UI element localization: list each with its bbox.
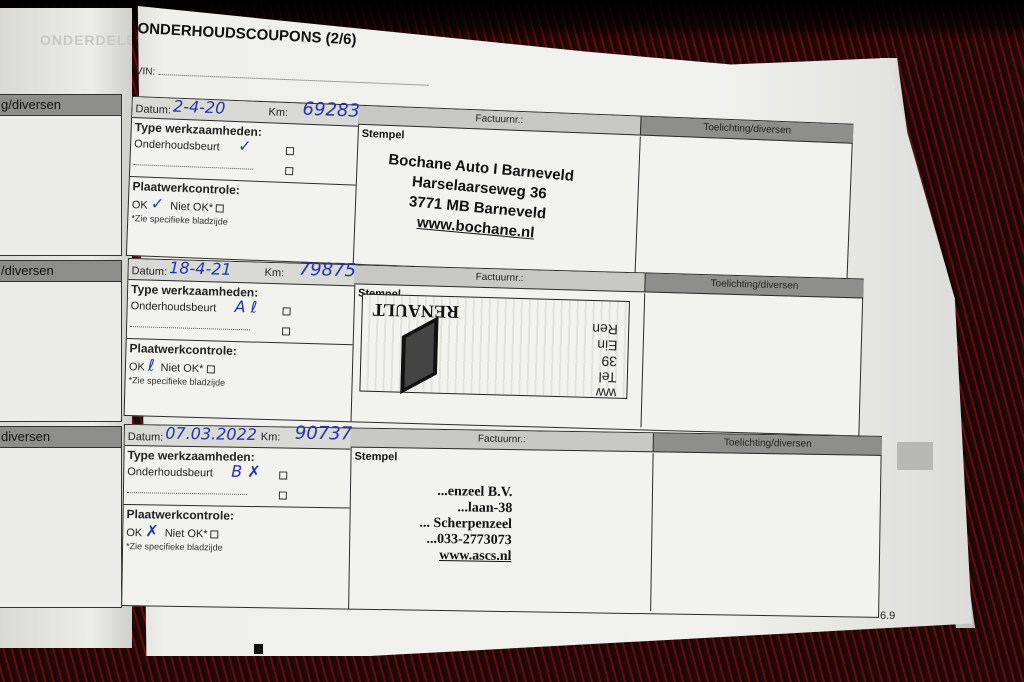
stamp-line: Tel [591, 369, 617, 386]
stamp-area: Stempel RENAULT ww Tel 39 Ein Ren [351, 285, 646, 427]
ok-mark[interactable]: ✗ [145, 521, 159, 540]
niet-ok-label: Niet OK* [160, 362, 203, 375]
renault-stamp: RENAULT ww Tel 39 Ein Ren [359, 294, 630, 399]
maintenance-coupon: Datum:2-4-20 Km: 69283 Type werkzaamhede… [126, 96, 854, 284]
work-type-section: Type werkzaamheden: Onderhoudsbeurt ✓ [130, 118, 358, 185]
extra-work-row [127, 482, 347, 505]
vin-label: VIN: [136, 66, 156, 78]
km-value: 69283 [302, 100, 360, 122]
stamp-label: Stempel [354, 451, 397, 464]
niet-ok-checkbox[interactable] [206, 365, 214, 373]
dealer-stamp: Bochane Auto I Barneveld Harselaarseweg … [382, 150, 575, 247]
stamp-line: 39 [591, 353, 617, 370]
stamp-label: Stempel [361, 128, 404, 142]
left-coupon-2: /diversen [0, 260, 122, 422]
stamp-brand: RENAULT [372, 299, 459, 322]
datum-label: Datum: [128, 431, 164, 444]
left-coupon-3: diversen [0, 426, 122, 608]
binding-mark [254, 644, 263, 654]
datum-value: 07.03.2022 [165, 424, 257, 444]
niet-ok-checkbox[interactable] [216, 204, 224, 212]
extra-work-dotted-line [133, 164, 253, 170]
left-page: ONDERDELEN g/diversen /diversen diversen [0, 8, 132, 648]
km-label: Km: [261, 427, 281, 447]
bodywork-options-row: OK ✗ Niet OK* [126, 521, 346, 544]
dealer-stamp: ...enzeel B.V. ...laan-38 ... Scherpenze… [419, 484, 513, 565]
page-number: 6.9 [880, 610, 895, 622]
work-type-section: Type werkzaamheden: Onderhoudsbeurt A ℓ [127, 280, 355, 344]
km-label: Km: [268, 102, 288, 123]
left-coupon-1: g/diversen [0, 94, 122, 256]
km-label: Km: [264, 263, 284, 284]
onderhoudsbeurt-checkbox[interactable] [282, 307, 290, 315]
left-coupon-header: /diversen [0, 261, 121, 282]
onderhoudsbeurt-mark: B ✗ [231, 462, 261, 482]
stamp-line: ww [591, 385, 617, 402]
stamp-line: ...033-2773073 [419, 532, 512, 549]
extra-work-checkbox[interactable] [282, 327, 290, 335]
onderhoudsbeurt-mark: ✓ [238, 136, 252, 156]
stamp-line: ...laan-38 [420, 500, 513, 517]
stamp-side-text: ww Tel 39 Ein Ren [591, 321, 619, 402]
stamp-line: ... Scherpenzeel [419, 516, 512, 533]
work-column: Datum:18-4-21 Km: 79875 Type werkzaamhed… [125, 259, 356, 421]
work-column: Datum:2-4-20 Km: 69283 Type werkzaamhede… [127, 97, 360, 264]
datum-value: 18-4-21 [169, 258, 232, 279]
datum-label: Datum: [131, 265, 167, 278]
extra-work-checkbox[interactable] [285, 167, 293, 175]
stamp-line: ...enzeel B.V. [420, 484, 513, 501]
bodywork-section: Plaatwerkcontrole: OK ✓ Niet OK* *Zie sp… [128, 177, 356, 234]
stamp-line: Ren [592, 321, 618, 338]
onderhoudsbeurt-checkbox[interactable] [279, 471, 287, 479]
remarks-header: Toelichting/diversen [653, 433, 882, 456]
onderhoudsbeurt-mark: A ℓ [234, 297, 257, 318]
ok-label: OK [126, 527, 142, 539]
work-column: Datum:07.03.2022 Km: 90737 Type werkzaam… [122, 425, 352, 609]
km-value: 90737 [295, 424, 353, 445]
left-coupon-header: diversen [0, 427, 121, 448]
stamp-line: Ein [592, 337, 618, 354]
ok-mark[interactable]: ℓ [148, 356, 155, 375]
stamp-url: www.ascs.nl [419, 548, 512, 565]
onderhoudsbeurt-label: Onderhoudsbeurt [130, 300, 216, 314]
niet-ok-label: Niet OK* [165, 528, 208, 541]
thumb-index-tab [897, 442, 933, 470]
niet-ok-checkbox[interactable] [211, 530, 219, 538]
maintenance-coupon: Datum:18-4-21 Km: 79875 Type werkzaamhed… [124, 258, 864, 436]
remarks-area [635, 137, 852, 281]
datum-label: Datum: [135, 103, 171, 116]
work-type-section: Type werkzaamheden: Onderhoudsbeurt B ✗ [124, 446, 351, 508]
bodywork-section: Plaatwerkcontrole: OK ℓ Niet OK* *Zie sp… [125, 339, 352, 393]
stamp-area: Stempel Bochane Auto I Barneveld Harsela… [353, 126, 641, 273]
left-coupon-header: g/diversen [0, 95, 121, 116]
onderhoudsbeurt-label: Onderhoudsbeurt [134, 138, 220, 153]
ok-label: OK [132, 199, 148, 212]
bodywork-section: Plaatwerkcontrole: OK ✗ Niet OK* *Zie sp… [123, 505, 350, 557]
extra-work-dotted-line [127, 492, 247, 495]
stamp-area: Stempel ...enzeel B.V. ...laan-38 ... Sc… [348, 449, 653, 612]
onderhoudsbeurt-label: Onderhoudsbeurt [127, 466, 213, 479]
remarks-area [650, 453, 880, 615]
remarks-area [640, 293, 862, 433]
datum-value: 2-4-20 [173, 97, 226, 118]
extra-work-dotted-line [130, 326, 250, 330]
extra-work-checkbox[interactable] [279, 491, 287, 499]
km-value: 79875 [298, 260, 356, 282]
left-page-title: ONDERDELEN [40, 32, 132, 48]
ok-mark[interactable]: ✓ [150, 194, 164, 214]
onderhoudsbeurt-checkbox[interactable] [286, 147, 294, 155]
niet-ok-label: Niet OK* [170, 201, 213, 215]
maintenance-coupon: Datum:07.03.2022 Km: 90737 Type werkzaam… [121, 424, 882, 618]
ok-label: OK [129, 361, 145, 373]
renault-logo-icon [400, 316, 438, 394]
